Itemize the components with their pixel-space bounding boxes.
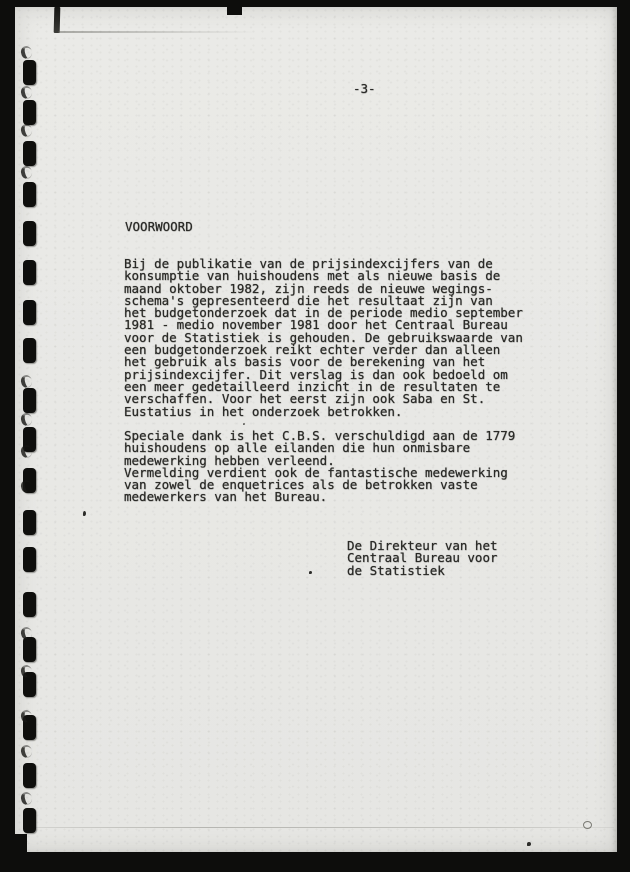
binding-hole <box>23 763 36 788</box>
smudge-line <box>58 31 256 33</box>
ring-mark <box>583 821 592 829</box>
foreword-heading: VOORWOORD <box>125 221 193 233</box>
scan-edge-notch-bottom <box>15 834 27 853</box>
speck <box>243 423 245 425</box>
scanned-document-screenshot: -3- VOORWOORD Bij de publikatie van de p… <box>0 0 630 872</box>
binding-hole <box>23 100 36 125</box>
binding-hole <box>23 592 36 617</box>
binding-hole <box>23 510 36 535</box>
binding-hole <box>23 141 36 166</box>
crease-line <box>28 827 614 828</box>
speck <box>309 571 312 574</box>
binding-hole <box>23 547 36 572</box>
paragraph-1: Bij de publikatie van de prijsindexcijfe… <box>124 258 523 418</box>
binding-hole <box>23 388 36 413</box>
speck <box>527 842 531 846</box>
binding-hole <box>23 300 36 325</box>
binding-hole <box>23 260 36 285</box>
scan-edge-notch-top <box>227 6 242 15</box>
page-number: -3- <box>353 83 376 95</box>
binding-hole <box>23 338 36 363</box>
speck <box>83 511 86 516</box>
paragraph-2: Speciale dank is het C.B.S. verschuldigd… <box>124 430 515 504</box>
ink-mark <box>54 7 61 33</box>
binding-hole <box>23 221 36 246</box>
binding-hole <box>23 808 36 833</box>
binding-hole <box>23 637 36 662</box>
binding-hole <box>23 60 36 85</box>
signature-block: De Direkteur van het Centraal Bureau voo… <box>347 540 498 577</box>
binding-hole <box>23 182 36 207</box>
